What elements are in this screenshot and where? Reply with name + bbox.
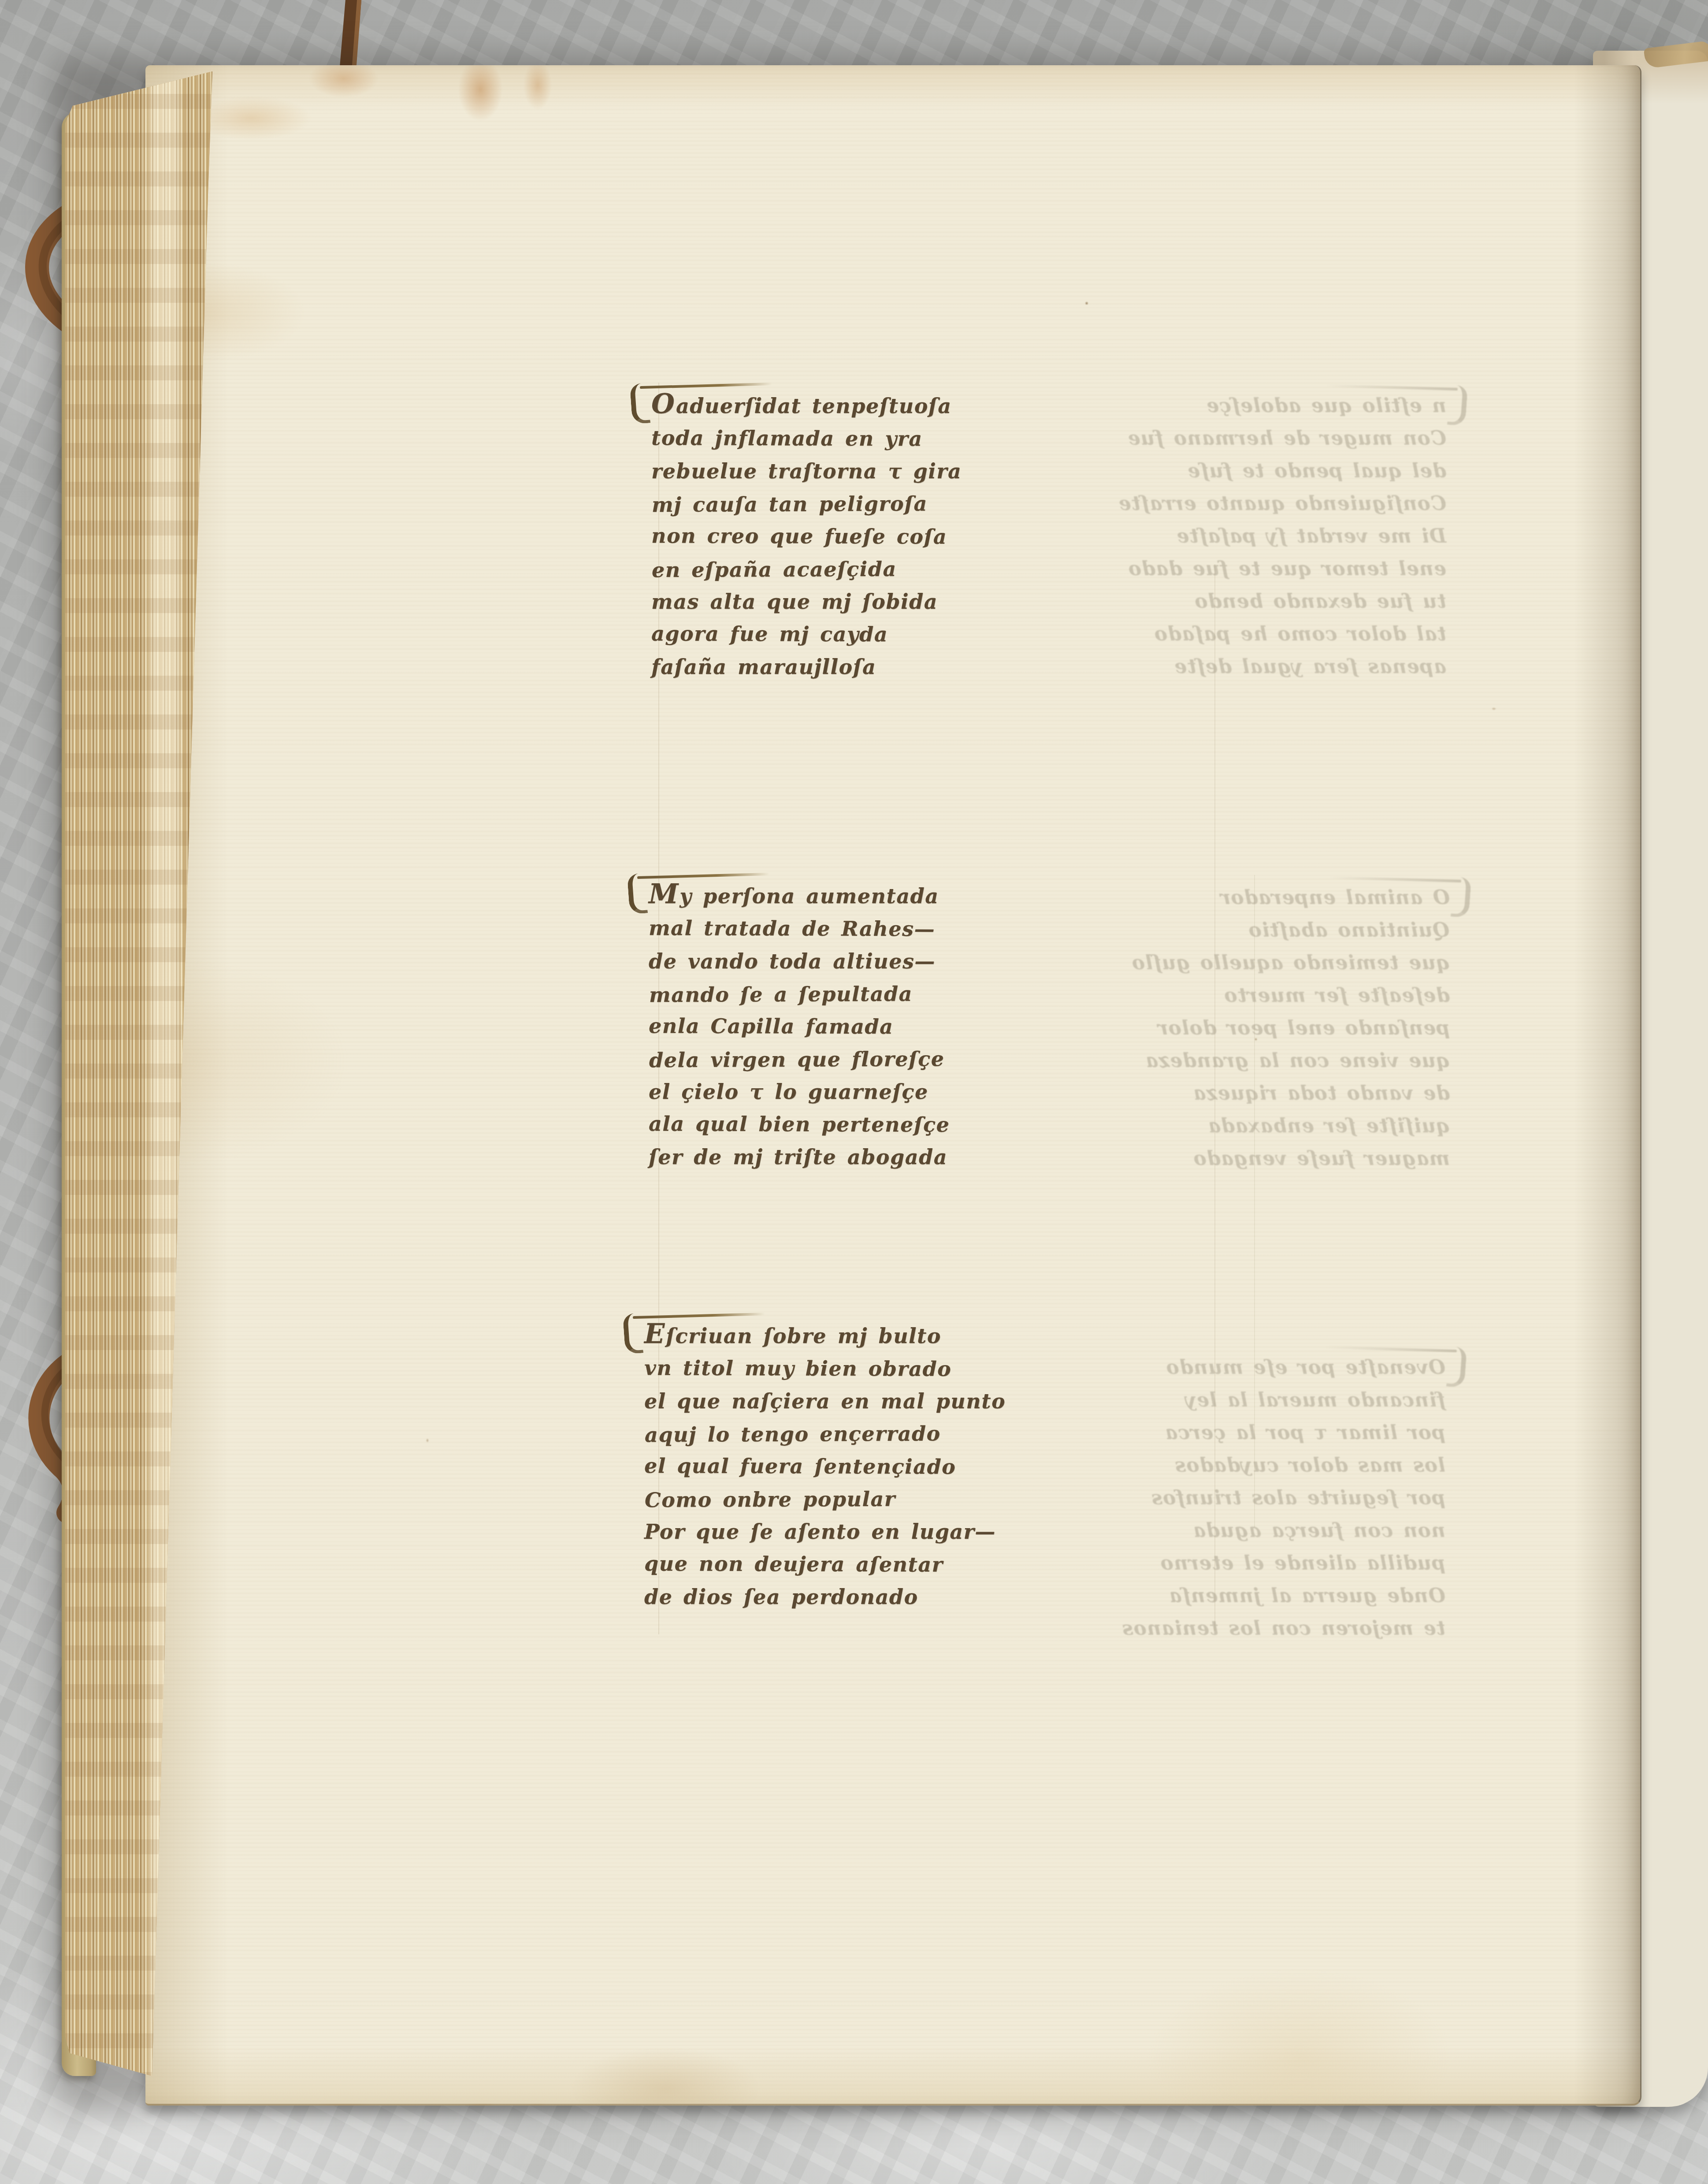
stanza-line: faſaña maraujlloſa <box>651 651 1083 683</box>
stanza-line: Por que ſe aſento en lugar— <box>644 1515 1076 1548</box>
bleedthrough-line: de vando toda riqueza <box>1159 1077 1450 1110</box>
stanza-line: ſer de mj triſte abogada <box>649 1141 1080 1173</box>
stanza-line: de vando toda altiues— <box>649 945 1080 978</box>
stanza-line: Como onbre popular <box>645 1482 1077 1516</box>
stanza-line: enla Capilla famada <box>649 1009 1080 1043</box>
bleedthrough-line: Quintiano abaſtio <box>1159 914 1450 947</box>
bleedthrough-line: tal dolor como he paſado <box>1155 618 1446 651</box>
bleedthrough-line: Di me verdat ſy paſaſte <box>1155 520 1446 553</box>
bleedthrough-stanza-3: Ovenaſte por eſe mundo fincando mueral l… <box>1155 1351 1445 1645</box>
bleedthrough-line: que temiendo aquello guſlo <box>1159 947 1450 979</box>
stanza-line: Eſcriuan ſobre mj bulto <box>644 1318 1076 1352</box>
bleedthrough-stanza-2: O animal enperador Quintiano abaſtio que… <box>1159 882 1450 1175</box>
stanza-line: non creo que fueſe coſa <box>651 519 1083 553</box>
stanza-line: mando ſe a ſepultada <box>649 977 1081 1011</box>
bleedthrough-line: O animal enperador <box>1159 882 1450 914</box>
stanza-line: mal tratada de Rahes— <box>649 912 1080 945</box>
stanza-3: Eſcriuan ſobre mj bulto vn titol muy bie… <box>644 1318 1076 1613</box>
bleedthrough-line: del qual pendo te fuſe <box>1155 455 1446 487</box>
bleedthrough-line: tu fue dexando bendo <box>1155 585 1446 618</box>
bleedthrough-line: que viene con la grandeza <box>1159 1045 1450 1077</box>
stanza-line: vn titol muy bien obrado <box>644 1351 1076 1385</box>
stanza-line: rebuelue traſtorna τ gira <box>651 455 1083 487</box>
stanza-line: el çielo τ lo guarneſçe <box>649 1075 1080 1108</box>
bleedthrough-line: apenas ſera ygual deſte <box>1155 651 1446 683</box>
stanza-line: toda jnflamada en yra <box>651 421 1083 455</box>
bleedthrough-line: n eſtilo que adoleſçe <box>1155 390 1446 422</box>
stanza-line: el qual fuera ſentençiado <box>644 1449 1076 1483</box>
bleedthrough-line: penſando enel peor dolor <box>1159 1012 1450 1045</box>
bleedthrough-line: fincando mueral la ley <box>1155 1384 1445 1417</box>
bleedthrough-line: los mas dolor cuydados <box>1155 1449 1445 1482</box>
stanza-line: My perſona aumentada <box>649 878 1080 912</box>
bleedthrough-line: por ſeguirte alos triunfos <box>1155 1482 1445 1514</box>
stanza-2: My perſona aumentada mal tratada de Rahe… <box>649 878 1080 1173</box>
bleedthrough-stanza-1: n eſtilo que adoleſçe Con muger de herma… <box>1155 390 1446 683</box>
bleedthrough-line: pudilla aliende el eterno <box>1155 1547 1445 1580</box>
bleedthrough-line: deſeaſte ſer muerto <box>1159 979 1450 1012</box>
stanza-line: agora fue mj cayda <box>651 617 1083 651</box>
stanza-line: ala qual bien perteneſçe <box>649 1107 1080 1141</box>
bleedthrough-line: te mejoren con los tenianos <box>1155 1612 1445 1645</box>
stanza-line: mas alta que mj ſobida <box>651 585 1083 618</box>
bleedthrough-line: enel temor que te fue dado <box>1155 553 1446 585</box>
stanza-line: mj cauſa tan peligroſa <box>652 487 1084 521</box>
bleedthrough-line: maguer fueſe vengado <box>1159 1142 1450 1175</box>
stanza-1: Oaduerſidat tenpeſtuoſa toda jnflamada e… <box>651 388 1083 683</box>
stanza-line: que non deujera aſentar <box>644 1547 1076 1581</box>
stanza-line: Oaduerſidat tenpeſtuoſa <box>651 388 1083 422</box>
stanza-line: dela virgen que floreſçe <box>649 1042 1081 1076</box>
stanza-line: de dios ſea perdonado <box>644 1581 1076 1613</box>
bleedthrough-line: Ovenaſte por eſe mundo <box>1155 1351 1445 1384</box>
bleedthrough-line: non con fuerça aguda <box>1155 1514 1445 1547</box>
bleedthrough-line: Onde guerra al jnmenſa <box>1155 1580 1445 1612</box>
bleedthrough-line: por limar τ por la çerca <box>1155 1417 1445 1449</box>
stanza-line: en eſpaña acaeſçida <box>652 552 1084 586</box>
bleedthrough-line: quiſiſte ſer enbaxada <box>1159 1110 1450 1142</box>
stanza-line: el que naſçiera en mal punto <box>644 1385 1076 1418</box>
bleedthrough-line: Con muger de hermano fue <box>1155 422 1446 455</box>
stanza-line: aquj lo tengo ençerrado <box>645 1417 1077 1451</box>
bleedthrough-line: Conſiguiendo quanto erraſte <box>1155 487 1446 520</box>
photo-of-open-manuscript: { "manuscript": { "stanzas": [ { "lines"… <box>0 0 1708 2184</box>
